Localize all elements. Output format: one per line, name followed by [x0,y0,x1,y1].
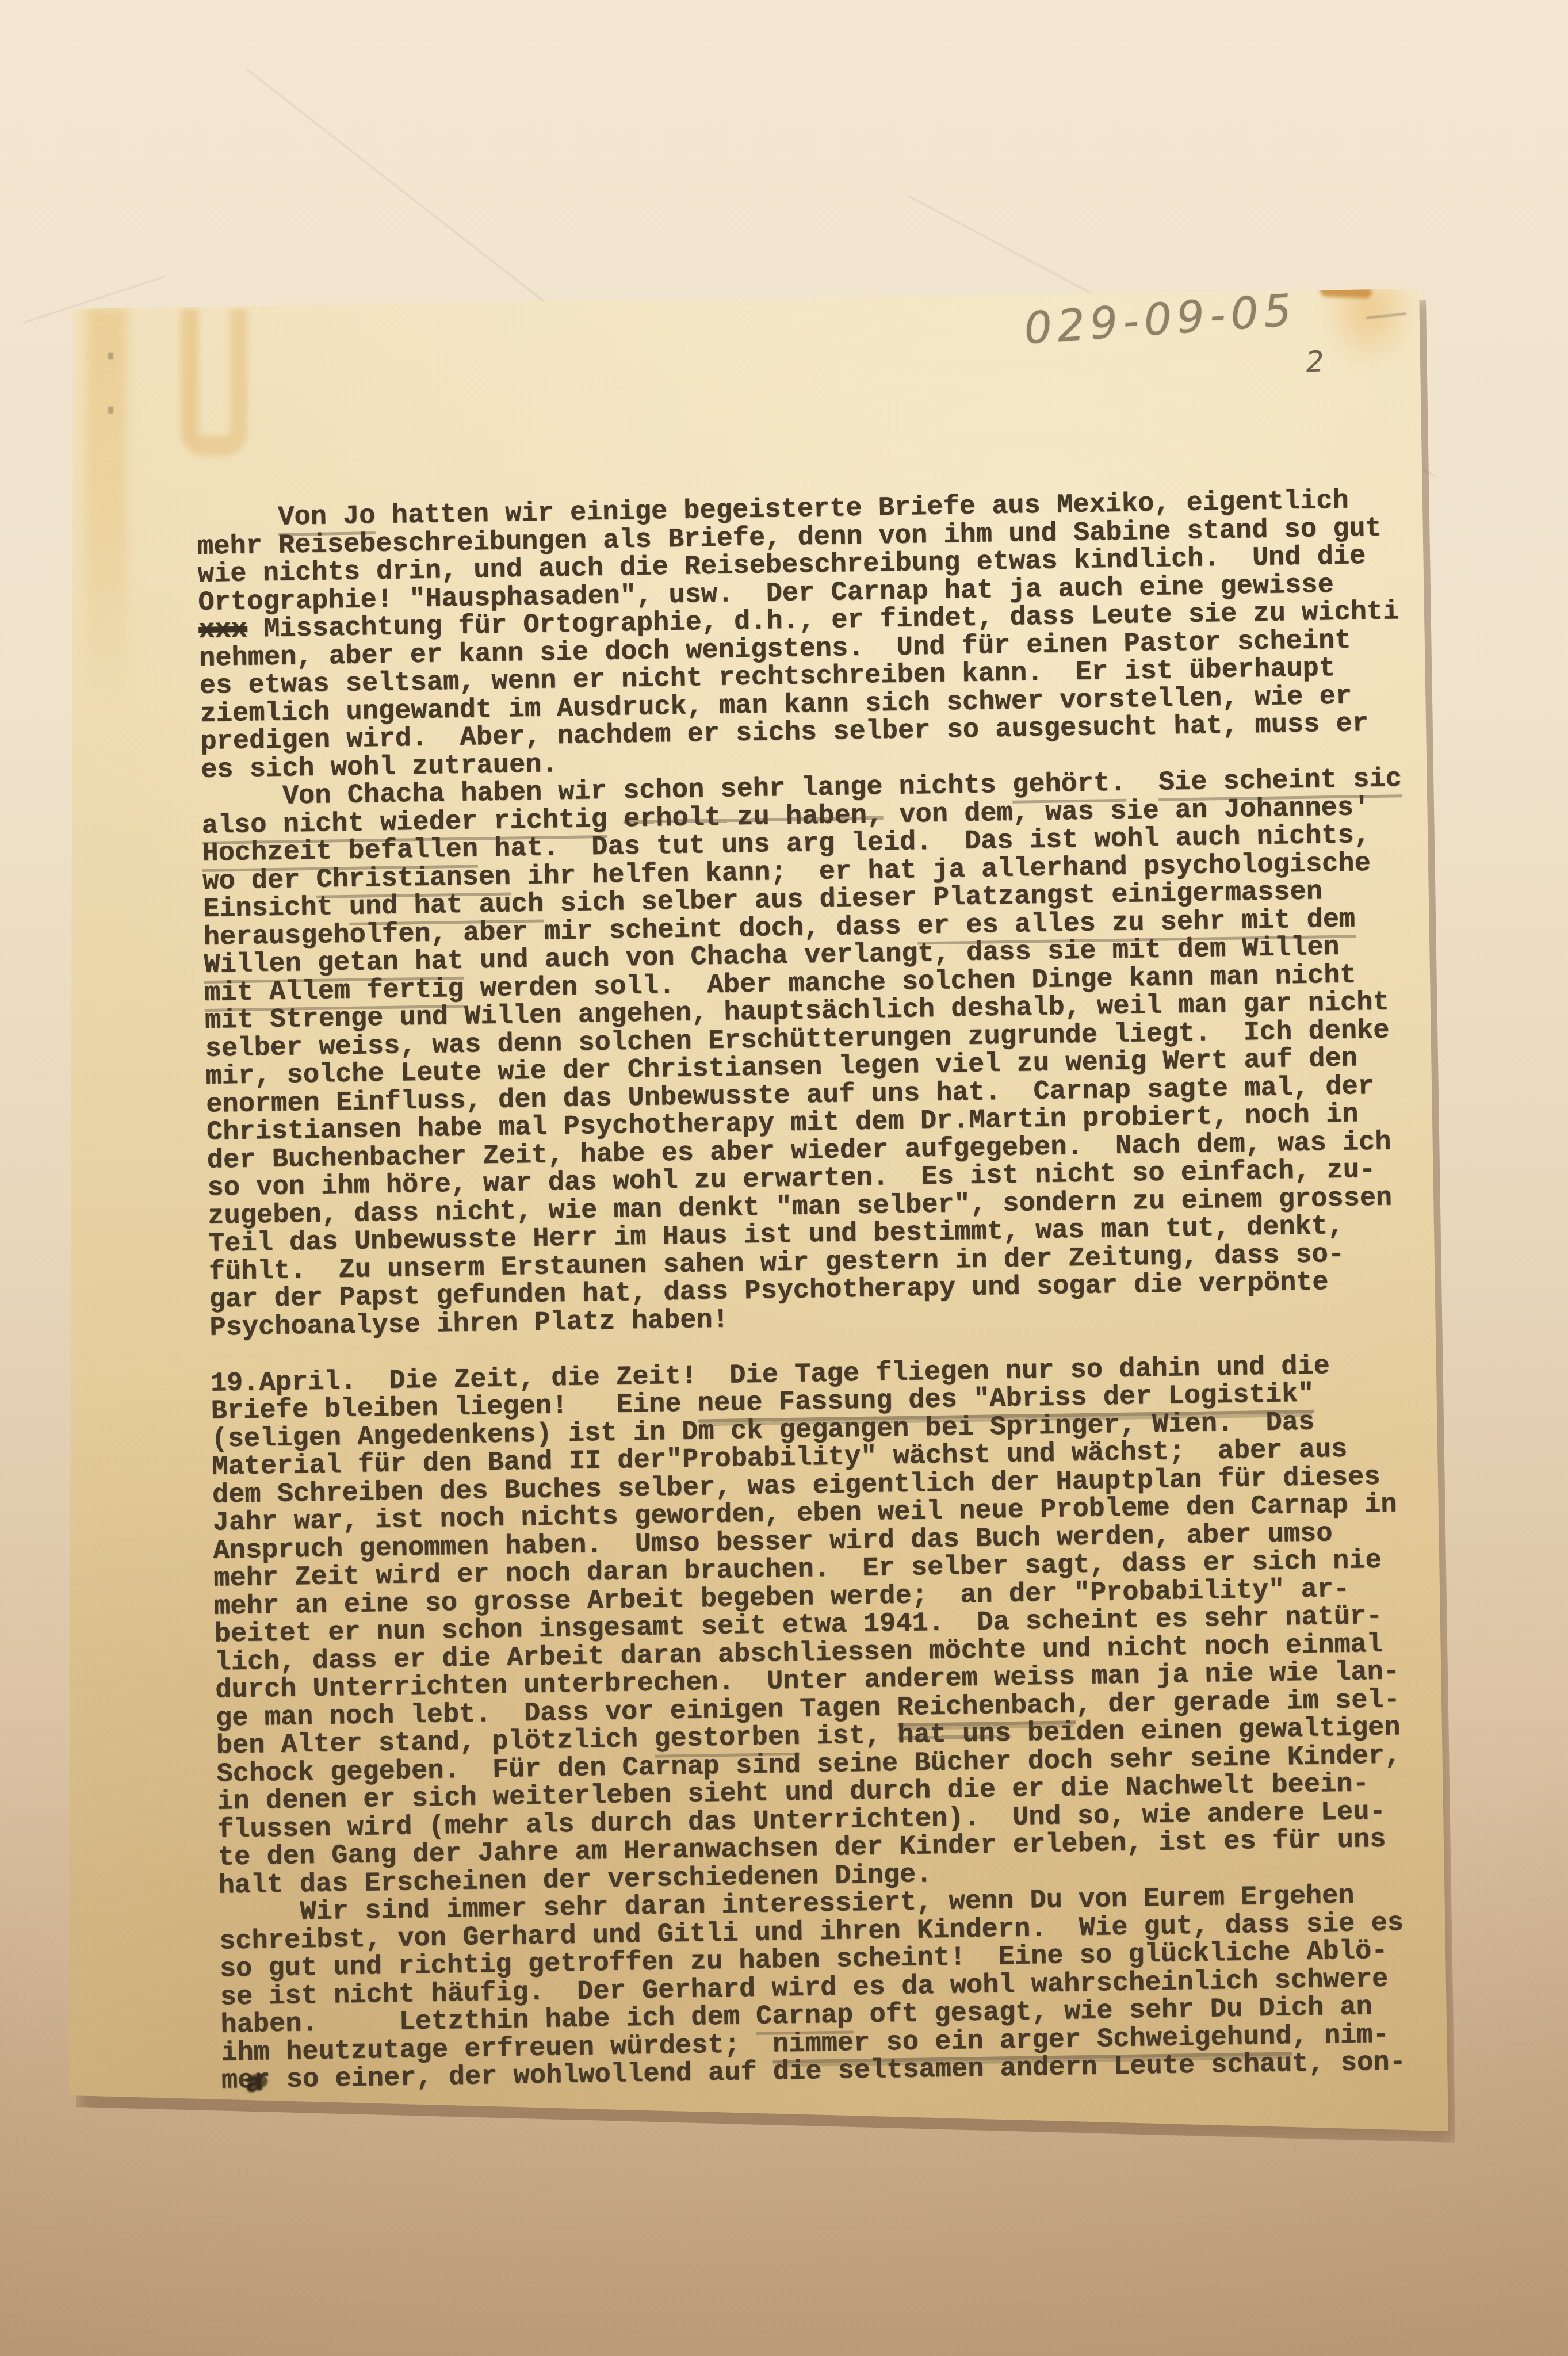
text-segment [1126,768,1158,799]
paragraph: Von Jo hatten wir einige begeisterte Bri… [197,486,1455,785]
text-segment: , nim- [1291,2020,1389,2052]
pencil-speck [108,407,113,414]
pencil-strikethrough: hat uns [897,1719,1011,1751]
letter-paper: 029-09-05 2 Von Jo hatten wir einige beg… [69,285,1450,2134]
stain-top-right-dash [1320,285,1372,298]
stain-u-shape [181,309,247,456]
pencil-speck [108,353,113,359]
text-segment [197,503,278,534]
pencil-annotation-code: 029-09-05 [1022,284,1298,354]
stain-top-right [1317,285,1421,411]
text-segment [607,804,624,835]
typewritten-text: Von Jo hatten wir einige begeisterte Bri… [197,486,1475,2095]
paragraph: 19.April. Die Zeit, die Zeit! Die Tage f… [211,1351,1473,1900]
pencil-annotation-tail [1366,312,1406,319]
paragraph: Wir sind immer sehr daran interessiert, … [219,1880,1475,2095]
stain-left-streak [86,308,127,710]
paragraph: Von Chacha haben wir schon sehr lange ni… [201,765,1464,1343]
text-segment: wo der [202,865,316,897]
typed-strikeout: xxx [198,615,247,646]
page-number-annotation: 2 [1305,345,1325,379]
text-segment: ist, [800,1720,898,1753]
